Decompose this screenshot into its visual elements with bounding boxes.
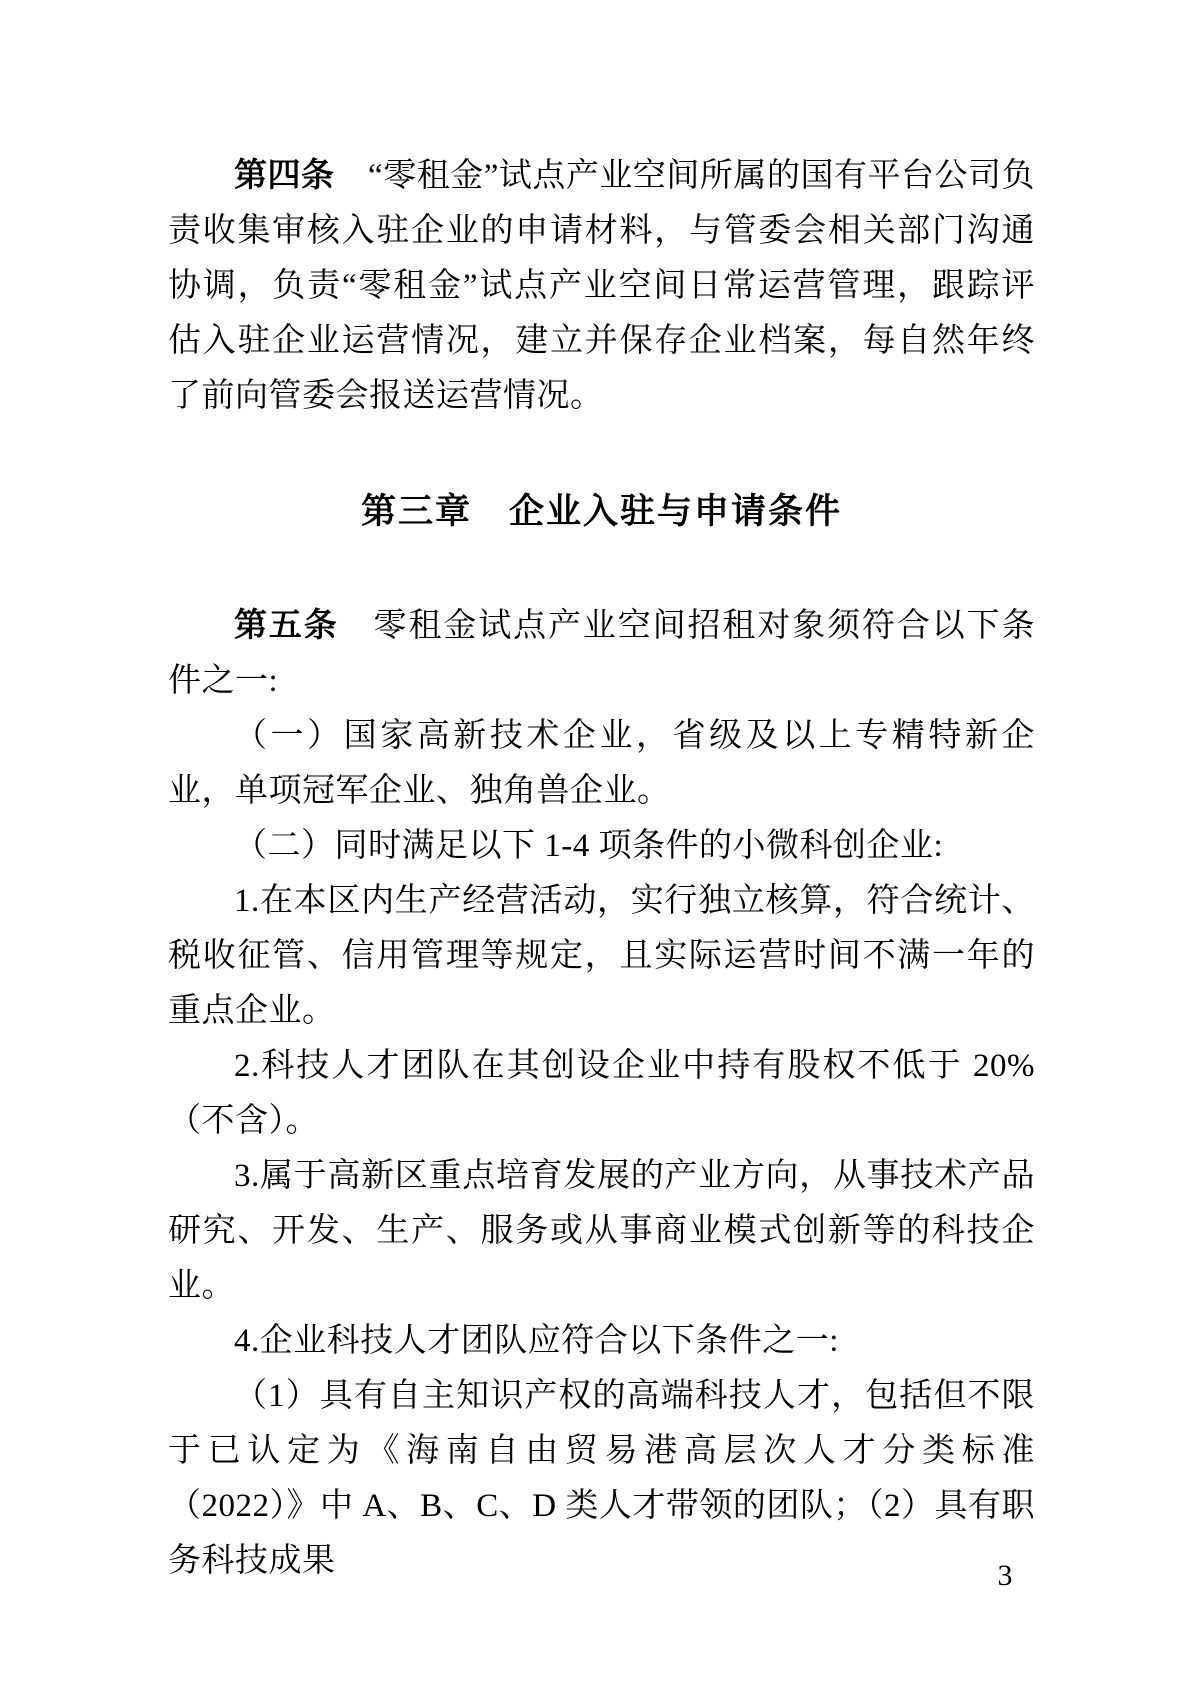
document-body: 第四条 “零租金”试点产业空间所属的国有平台公司负责收集审核入驻企业的申请材料，… bbox=[168, 149, 1035, 1589]
article-4-number: 第四条 bbox=[234, 158, 335, 194]
paragraph-item-2-sub-1: 1.在本区内生产经营活动，实行独立核算，符合统计、税收征管、信用管理等规定，且实… bbox=[168, 874, 1035, 1039]
paragraph-article-4: 第四条 “零租金”试点产业空间所属的国有平台公司负责收集审核入驻企业的申请材料，… bbox=[168, 149, 1035, 424]
paragraph-item-2-sub-4-detail: （1）具有自主知识产权的高端科技人才，包括但不限于已认定为《海南自由贸易港高层次… bbox=[168, 1369, 1035, 1589]
paragraph-item-2-sub-3: 3.属于高新区重点培育发展的产业方向，从事技术产品研究、开发、生产、服务或从事商… bbox=[168, 1149, 1035, 1314]
paragraph-item-2-sub-4: 4.企业科技人才团队应符合以下条件之一: bbox=[168, 1314, 1035, 1369]
chapter-3-heading: 第三章 企业入驻与申请条件 bbox=[168, 484, 1035, 539]
document-page: 第四条 “零租金”试点产业空间所属的国有平台公司负责收集审核入驻企业的申请材料，… bbox=[0, 0, 1191, 1684]
paragraph-article-5: 第五条 零租金试点产业空间招租对象须符合以下条件之一: bbox=[168, 599, 1035, 709]
paragraph-item-2: （二）同时满足以下 1-4 项条件的小微科创企业: bbox=[168, 819, 1035, 874]
paragraph-item-2-sub-2: 2.科技人才团队在其创设企业中持有股权不低于 20%（不含）。 bbox=[168, 1039, 1035, 1149]
page-number: 3 bbox=[983, 1556, 1027, 1596]
paragraph-item-1: （一）国家高新技术企业，省级及以上专精特新企业，单项冠军企业、独角兽企业。 bbox=[168, 709, 1035, 819]
article-4-text: “零租金”试点产业空间所属的国有平台公司负责收集审核入驻企业的申请材料，与管委会… bbox=[168, 158, 1035, 414]
article-5-number: 第五条 bbox=[234, 608, 339, 644]
